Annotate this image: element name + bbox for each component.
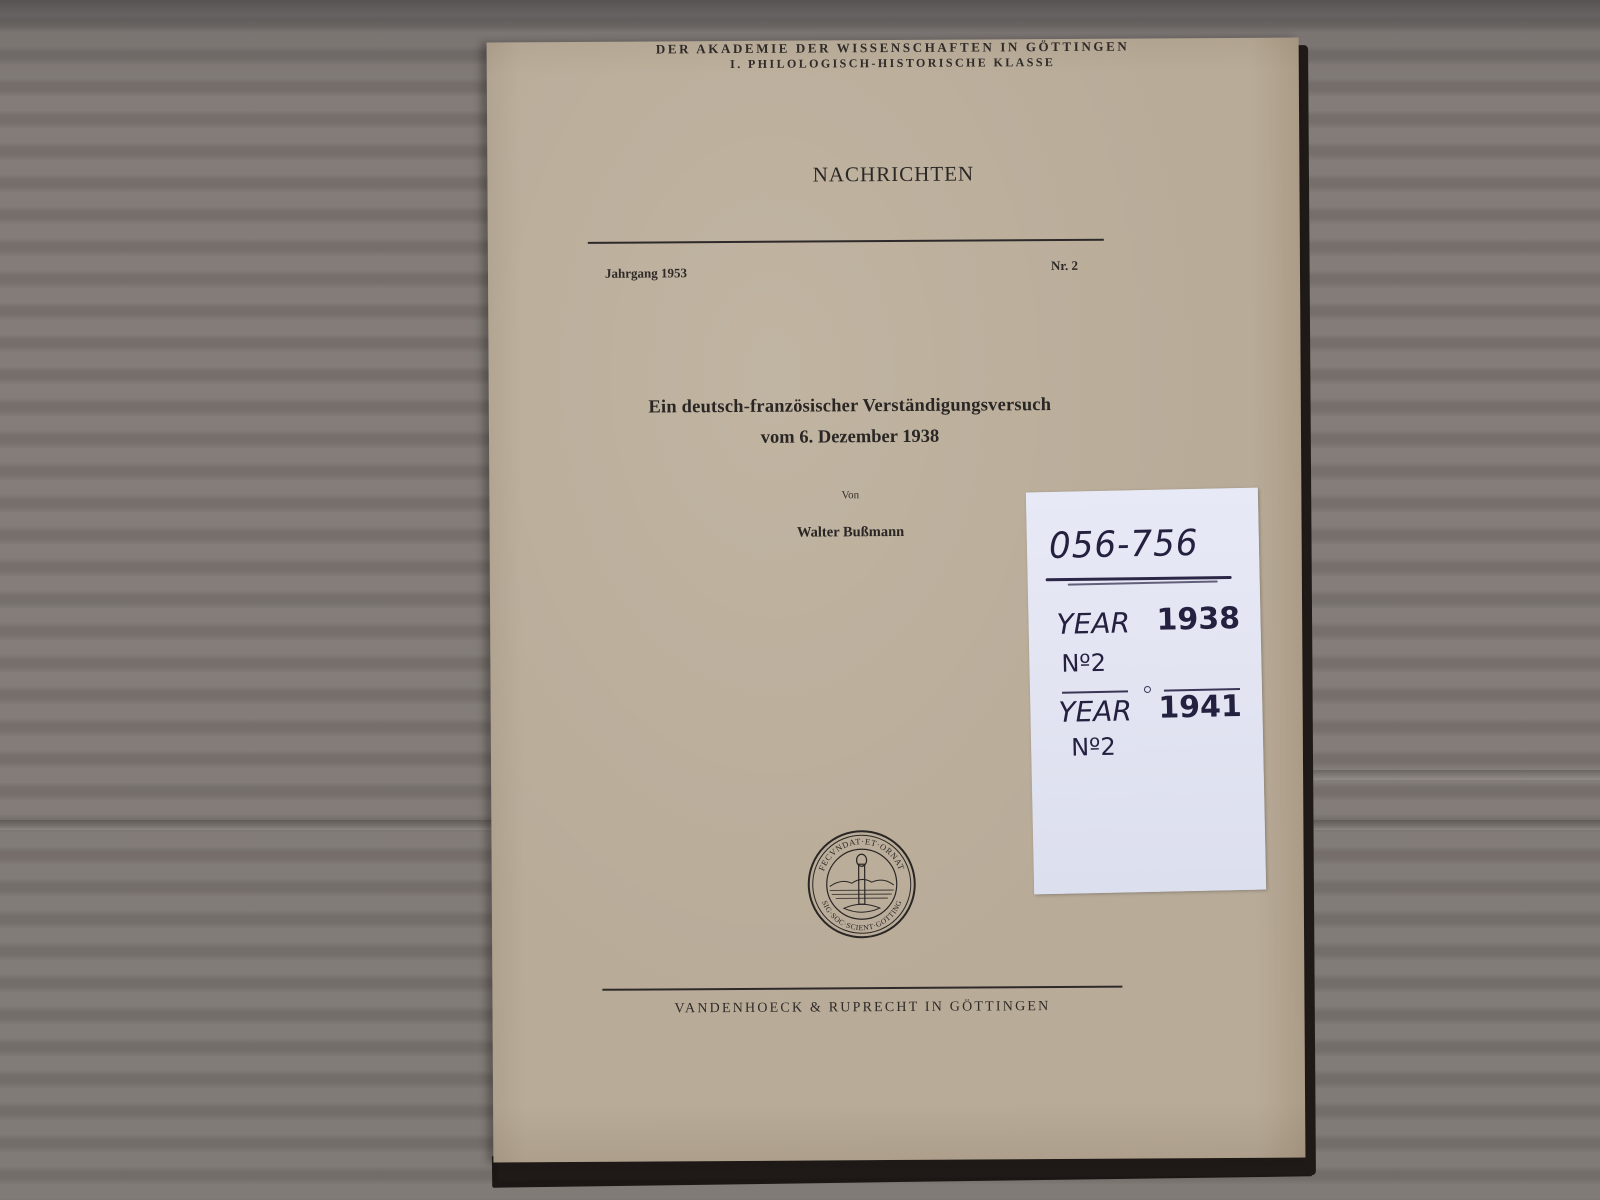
catalog-underline xyxy=(1068,580,1218,585)
issue-label: Nr. 2 xyxy=(1051,258,1078,274)
year-label: YEAR xyxy=(1058,694,1132,729)
seal-emblem-icon: FECVNDAT·ET·ORNAT SIG·SOC·SCIENT·GOTTING xyxy=(805,828,918,941)
issue-number: Nº2 xyxy=(1071,733,1116,762)
card-divider-dot xyxy=(1144,686,1151,693)
catalog-number: 056-756 xyxy=(1049,523,1199,567)
year-label: YEAR xyxy=(1056,606,1130,641)
year-value: 1941 xyxy=(1158,689,1242,726)
issue-number: Nº2 xyxy=(1061,649,1106,678)
header-rule xyxy=(588,239,1104,244)
cardboard-seam xyxy=(1290,770,1600,780)
index-card: 056-756 YEAR 1938 Nº2 YEAR 1941 Nº2 xyxy=(1026,488,1266,895)
series-title: NACHRICHTEN xyxy=(487,160,1299,190)
publisher-name: VANDENHOECK & RUPRECHT IN GÖTTINGEN xyxy=(602,999,1122,1018)
article-subtitle: vom 6. Dezember 1938 xyxy=(579,426,1121,450)
article-title: Ein deutsch-französischer Verständigungs… xyxy=(579,395,1121,419)
year-value: 1938 xyxy=(1156,601,1240,638)
volume-label: Jahrgang 1953 xyxy=(605,265,687,282)
card-divider xyxy=(1062,690,1128,693)
cardboard-top-shadow xyxy=(0,0,1600,30)
footer-rule xyxy=(602,986,1122,991)
